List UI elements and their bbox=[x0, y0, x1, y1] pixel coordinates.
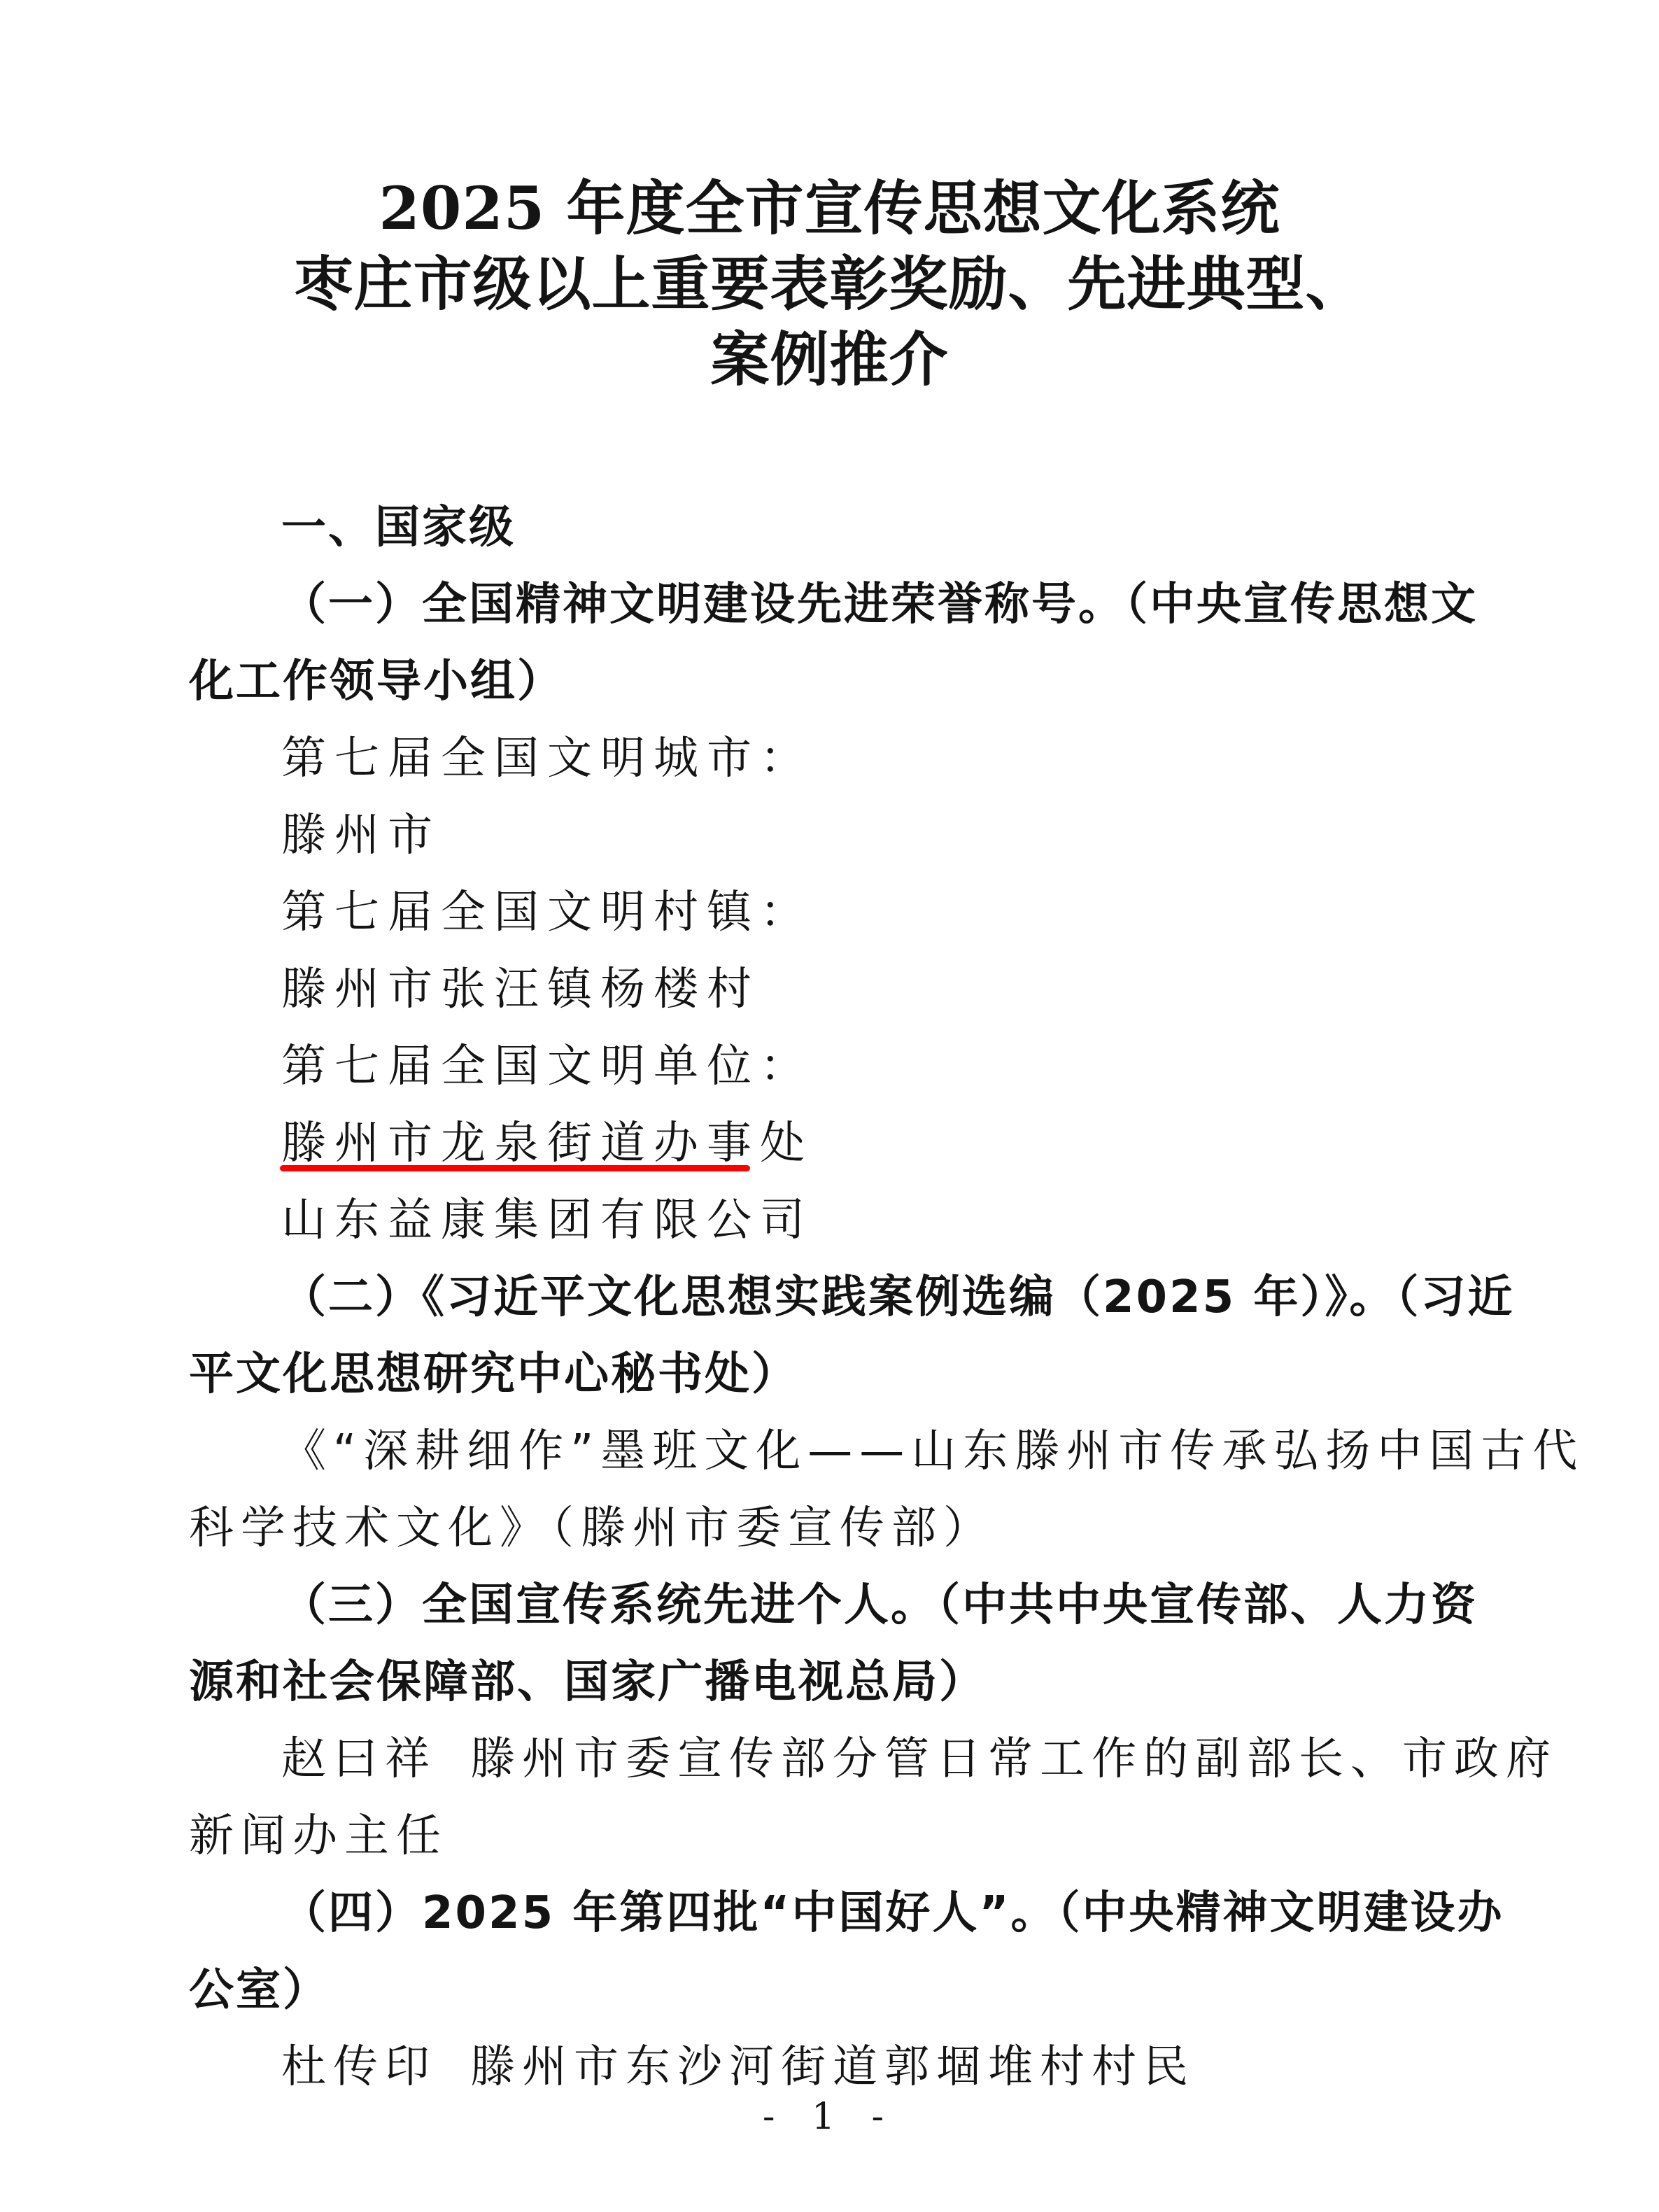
item-1-heading-line-1: （一）全国精神文明建设先进荣誉称号。（中央宣传思想文 bbox=[189, 566, 1462, 643]
item-3-person-line-1: 赵曰祥滕州市委宣传部分管日常工作的副部长、市政府 bbox=[189, 1721, 1462, 1798]
item-2-entry-line-1: 《“深耕细作”墨班文化——山东滕州市传承弘扬中国古代 bbox=[189, 1413, 1462, 1490]
entry-longquan-subdistrict: 滕州市龙泉街道办事处 bbox=[189, 1105, 1462, 1182]
red-underline bbox=[280, 1165, 750, 1171]
document-page: 2025 年度全市宣传思想文化系统 枣庄市级以上重要表彰奖励、先进典型、 案例推… bbox=[0, 0, 1659, 2212]
document-body: 一、国家级 （一）全国精神文明建设先进荣誉称号。（中央宣传思想文 化工作领导小组… bbox=[189, 489, 1462, 2106]
person-name-zhao: 赵曰祥 bbox=[281, 1733, 437, 1785]
entry-yanglou-village: 滕州市张汪镇杨楼村 bbox=[189, 951, 1462, 1028]
document-title: 2025 年度全市宣传思想文化系统 枣庄市级以上重要表彰奖励、先进典型、 案例推… bbox=[0, 171, 1659, 397]
title-line-3: 案例推介 bbox=[0, 322, 1659, 397]
title-line-1: 2025 年度全市宣传思想文化系统 bbox=[0, 171, 1659, 246]
highlighted-entry-text: 滕州市龙泉街道办事处 bbox=[281, 1118, 813, 1169]
entry-yikang-group: 山东益康集团有限公司 bbox=[189, 1182, 1462, 1259]
item-2-heading-line-1: （二）《习近平文化思想实践案例选编（2025 年）》。（习近 bbox=[189, 1259, 1462, 1336]
group-label-civilized-village: 第七届全国文明村镇： bbox=[189, 874, 1462, 951]
entry-tengzhou-city: 滕州市 bbox=[189, 797, 1462, 874]
item-3-person-line-2: 新闻办主任 bbox=[189, 1798, 1462, 1875]
item-2-entry-line-2: 科学技术文化》（滕州市委宣传部） bbox=[189, 1490, 1462, 1567]
item-1-heading-line-2: 化工作领导小组） bbox=[189, 643, 1462, 720]
person-title-du: 滕州市东沙河街道郭堌堆村村民 bbox=[470, 2041, 1195, 2093]
item-3-heading-line-2: 源和社会保障部、国家广播电视总局） bbox=[189, 1644, 1462, 1721]
group-label-civilized-city: 第七届全国文明城市： bbox=[189, 720, 1462, 797]
item-4-heading-line-2: 公室） bbox=[189, 1952, 1462, 2029]
item-2-heading-line-2: 平文化思想研究中心秘书处） bbox=[189, 1336, 1462, 1413]
page-number: - 1 - bbox=[0, 2092, 1659, 2141]
group-label-civilized-unit: 第七届全国文明单位： bbox=[189, 1028, 1462, 1105]
person-title-zhao: 滕州市委宣传部分管日常工作的副部长、市政府 bbox=[470, 1733, 1558, 1785]
section-heading-national: 一、国家级 bbox=[189, 489, 1462, 566]
person-name-du: 杜传印 bbox=[281, 2041, 437, 2093]
item-4-heading-line-1: （四）2025 年第四批“中国好人”。（中央精神文明建设办 bbox=[189, 1875, 1462, 1952]
item-3-heading-line-1: （三）全国宣传系统先进个人。（中共中央宣传部、人力资 bbox=[189, 1567, 1462, 1644]
title-line-2: 枣庄市级以上重要表彰奖励、先进典型、 bbox=[0, 246, 1659, 322]
